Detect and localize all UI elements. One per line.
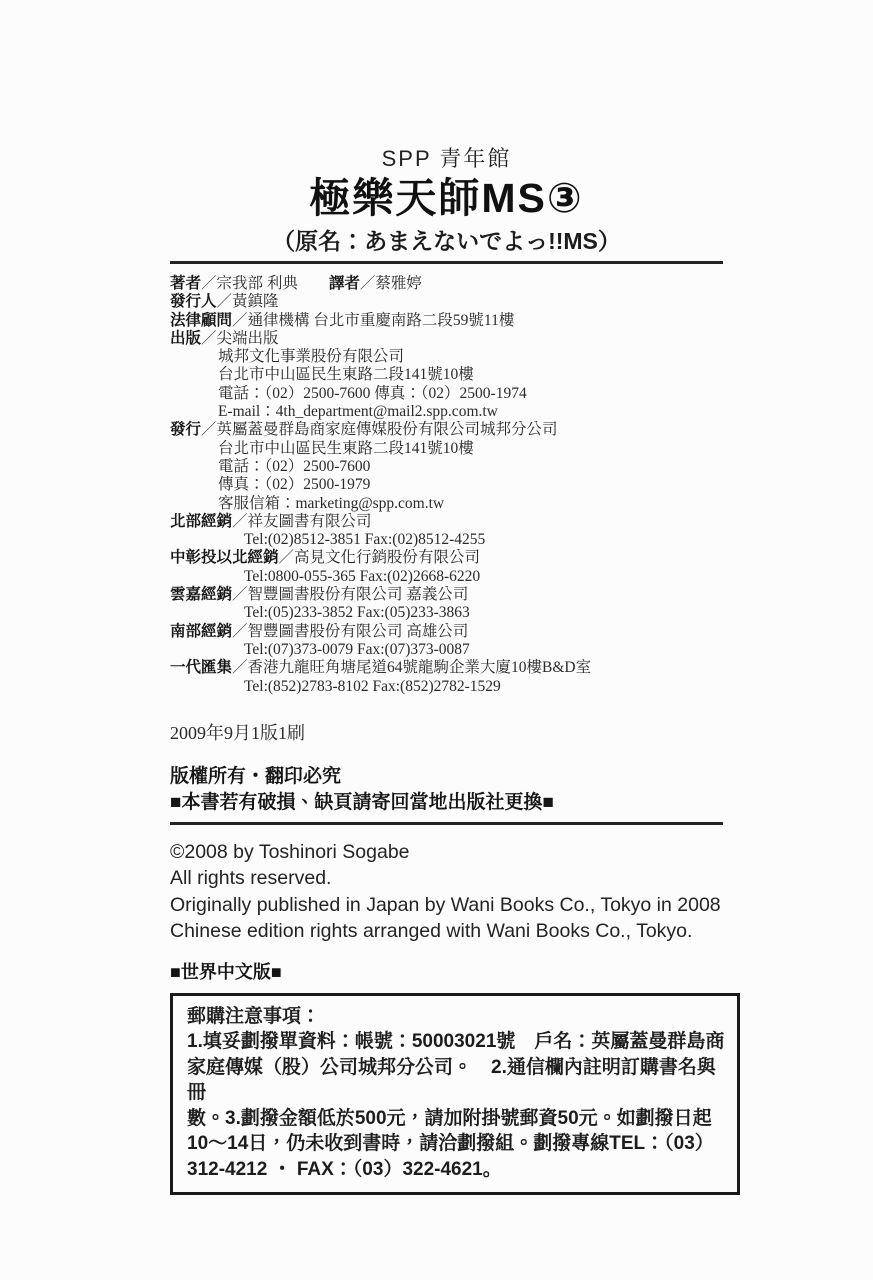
- credit-line: Tel:(07)373-0079 Fax:(07)373-0087: [170, 641, 742, 659]
- credit-value: ／英屬蓋曼群島商家庭傳媒股份有限公司城邦分公司: [201, 421, 558, 438]
- mail-order-line: 數。3.劃撥金額低於500元，請加附掛號郵資50元。如劃撥日起: [187, 1106, 725, 1132]
- credit-line: 著者／宗我部 利典 譯者／蔡雅婷: [170, 275, 742, 293]
- mail-order-line: 1.填妥劃撥單資料：帳號：50003021號 戶名：英屬蓋曼群島商: [187, 1029, 725, 1055]
- credit-value: E-mail：4th_department@mail2.spp.com.tw: [218, 403, 498, 420]
- credit-line: 南部經銷／智豐圖書股份有限公司 高雄公司: [170, 623, 742, 641]
- credit-line: 發行人／黃鎮隆: [170, 293, 742, 311]
- colophon-content: SPP 青年館 極樂天師MS③ （原名：あまえないでよっ!!MS） 著者／宗我部…: [170, 146, 742, 1195]
- credit-line: 出版／尖端出版: [170, 330, 742, 348]
- credit-value: 城邦文化事業股份有限公司: [218, 348, 404, 365]
- credit-label: 著者: [170, 275, 201, 292]
- credit-line: 法律顧問／通律機構 台北市重慶南路二段59號11樓: [170, 312, 742, 330]
- credit-line: 一代匯集／香港九龍旺角塘尾道64號龍駒企業大廈10樓B&D室: [170, 659, 742, 677]
- divider-top: [170, 261, 723, 264]
- colophon-page: SPP 青年館 極樂天師MS③ （原名：あまえないでよっ!!MS） 著者／宗我部…: [0, 0, 873, 1280]
- credit-line: 台北市中山區民生東路二段141號10樓: [170, 440, 742, 458]
- credit-line: 北部經銷／祥友圖書有限公司: [170, 513, 742, 531]
- credit-value: ／通律機構 台北市重慶南路二段59號11樓: [232, 312, 514, 329]
- credit-value: Tel:(852)2783-8102 Fax:(852)2782-1529: [244, 678, 501, 695]
- credits-block: 著者／宗我部 利典 譯者／蔡雅婷發行人／黃鎮隆法律顧問／通律機構 台北市重慶南路…: [170, 275, 742, 696]
- credit-label: 法律顧問: [170, 312, 232, 329]
- imprint-label: SPP 青年館: [170, 146, 723, 172]
- credit-line: 電話：（02）2500-7600: [170, 458, 742, 476]
- original-title: （原名：あまえないでよっ!!MS）: [170, 226, 723, 256]
- english-copyright-block: ©2008 by Toshinori SogabeAll rights rese…: [170, 839, 742, 945]
- mail-order-line: 郵購注意事項：: [187, 1004, 725, 1030]
- credit-line: 傳真：（02）2500-1979: [170, 476, 742, 494]
- credit-value: ／智豐圖書股份有限公司 嘉義公司: [232, 586, 468, 603]
- credit-label: 出版: [170, 330, 201, 347]
- english-copyright-line: All rights reserved.: [170, 865, 742, 892]
- credit-value: ／智豐圖書股份有限公司 高雄公司: [232, 623, 468, 640]
- credit-line: 客服信箱：marketing@spp.com.tw: [170, 495, 742, 513]
- credit-line: Tel:0800-055-365 Fax:(02)2668-6220: [170, 568, 742, 586]
- credit-value: ／蔡雅婷: [360, 275, 422, 292]
- credit-line: E-mail：4th_department@mail2.spp.com.tw: [170, 403, 742, 421]
- mail-order-line: 312-4212 ・ FAX：（03）322-4621。: [187, 1157, 725, 1183]
- copyright-notice: 版權所有・翻印必究: [170, 764, 742, 790]
- credit-value: 客服信箱：marketing@spp.com.tw: [218, 495, 444, 512]
- credit-value: Tel:0800-055-365 Fax:(02)2668-6220: [244, 568, 480, 585]
- english-copyright-line: ©2008 by Toshinori Sogabe: [170, 839, 742, 866]
- credit-value: Tel:(02)8512-3851 Fax:(02)8512-4255: [244, 531, 485, 548]
- credit-value: ／黃鎮隆: [217, 293, 279, 310]
- english-copyright-line: Chinese edition rights arranged with Wan…: [170, 918, 742, 945]
- mail-order-notice-box: 郵購注意事項：1.填妥劃撥單資料：帳號：50003021號 戶名：英屬蓋曼群島商…: [170, 993, 740, 1196]
- credit-line: Tel:(852)2783-8102 Fax:(852)2782-1529: [170, 678, 742, 696]
- credit-line: Tel:(02)8512-3851 Fax:(02)8512-4255: [170, 531, 742, 549]
- credit-value: 傳真：（02）2500-1979: [218, 476, 370, 493]
- credit-label: 發行: [170, 421, 201, 438]
- credit-label: 一代匯集: [170, 659, 232, 676]
- credit-value: ／高見文化行銷股份有限公司: [279, 549, 481, 566]
- credit-value: ／尖端出版: [201, 330, 279, 347]
- chinese-edition-label: ■世界中文版■: [170, 961, 742, 983]
- credit-value: Tel:(07)373-0079 Fax:(07)373-0087: [244, 641, 470, 658]
- damage-replacement-notice: ■本書若有破損、缺頁請寄回當地出版社更換■: [170, 790, 742, 816]
- credit-line: 城邦文化事業股份有限公司: [170, 348, 742, 366]
- credit-value: 電話：（02）2500-7600 傳真：（02）2500-1974: [218, 385, 527, 402]
- credit-label: 北部經銷: [170, 513, 232, 530]
- book-title: 極樂天師MS③: [170, 174, 723, 222]
- credit-label: 中彰投以北經銷: [170, 549, 279, 566]
- credit-label: 發行人: [170, 293, 217, 310]
- credit-line: 雲嘉經銷／智豐圖書股份有限公司 嘉義公司: [170, 586, 742, 604]
- english-copyright-line: Originally published in Japan by Wani Bo…: [170, 892, 742, 919]
- mail-order-line: 10～14日，仍未收到書時，請洽劃撥組。劃撥專線TEL：（03）: [187, 1131, 725, 1157]
- title-block: SPP 青年館 極樂天師MS③ （原名：あまえないでよっ!!MS）: [170, 146, 723, 256]
- credit-line: 電話：（02）2500-7600 傳真：（02）2500-1974: [170, 385, 742, 403]
- credit-value: ／宗我部 利典: [201, 275, 329, 292]
- credit-value: 電話：（02）2500-7600: [218, 458, 370, 475]
- credit-line: 發行／英屬蓋曼群島商家庭傳媒股份有限公司城邦分公司: [170, 421, 742, 439]
- credit-value: ／香港九龍旺角塘尾道64號龍駒企業大廈10樓B&D室: [232, 659, 591, 676]
- credit-value: 台北市中山區民生東路二段141號10樓: [218, 366, 474, 383]
- credit-label: 南部經銷: [170, 623, 232, 640]
- credit-value: 台北市中山區民生東路二段141號10樓: [218, 440, 474, 457]
- credit-label: 雲嘉經銷: [170, 586, 232, 603]
- credit-value: Tel:(05)233-3852 Fax:(05)233-3863: [244, 604, 470, 621]
- printing-info: 2009年9月1版1刷: [170, 722, 742, 744]
- mail-order-line: 家庭傳媒（股）公司城邦分公司。 2.通信欄內註明訂購書名與冊: [187, 1055, 725, 1106]
- credit-label: 譯者: [329, 275, 360, 292]
- credit-line: 中彰投以北經銷／高見文化行銷股份有限公司: [170, 549, 742, 567]
- credit-line: 台北市中山區民生東路二段141號10樓: [170, 366, 742, 384]
- divider-middle: [170, 822, 723, 825]
- credit-value: ／祥友圖書有限公司: [232, 513, 372, 530]
- credit-line: Tel:(05)233-3852 Fax:(05)233-3863: [170, 604, 742, 622]
